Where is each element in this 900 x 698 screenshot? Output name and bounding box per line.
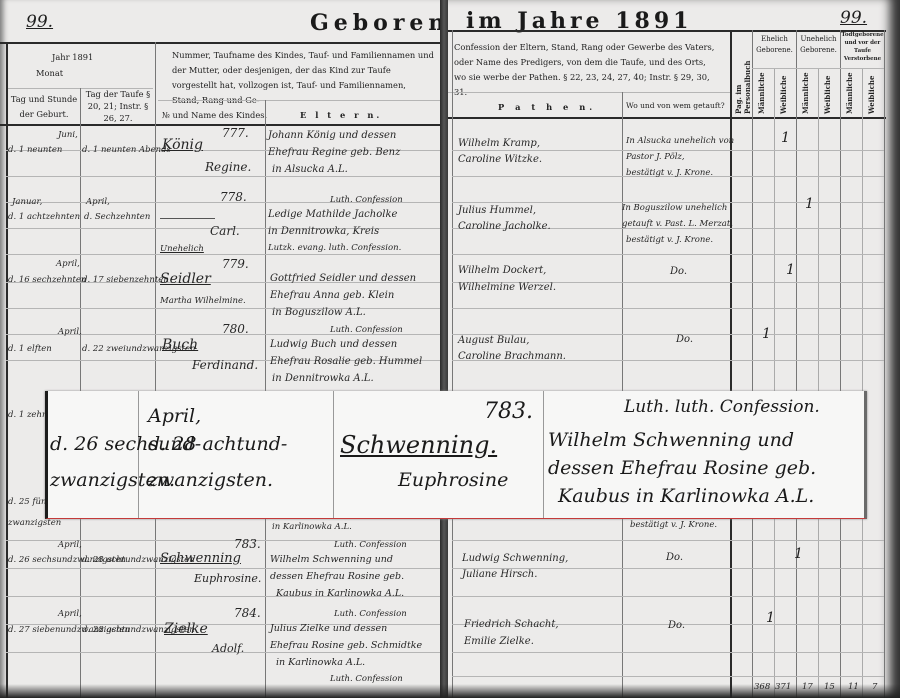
entry-777-parents-1: Johann König und dessen [268, 128, 396, 143]
entry-783-confession: Luth. Confession [334, 538, 407, 553]
entry-779-parents-1: Gottfried Seidler und dessen [270, 271, 416, 286]
header-parents: E l t e r n. [300, 108, 382, 123]
year-header: Jahr 1891 [52, 50, 93, 65]
header-pag: Pag. im Personalbuch [734, 36, 752, 114]
entry-777-birth: d. 1 neunten [8, 143, 62, 158]
entry-783-number: 783. [234, 537, 261, 552]
entry-777-parents-3: in Alsucka A.L. [272, 162, 348, 177]
entry-784-godparent-2: Emilie Zielke. [464, 634, 534, 649]
entry-779-baptism: d. 17 siebenzehnten [82, 273, 169, 288]
entry-783-parents-3: Kaubus in Karlinowka A.L. [276, 586, 404, 601]
header-stillborn: Todtgeborene und vor der Taufe Verstorbe… [841, 31, 884, 63]
entry-780-tally: 1 [762, 326, 771, 342]
header-child-description: Nummer, Taufname des Kindes, Tauf- und F… [172, 48, 434, 108]
entry-778-godparent-1: Julius Hummel, [458, 203, 536, 218]
partial-parents-above-783: in Karlinowka A.L. [272, 520, 352, 535]
header-birth: Tag und Stunde der Geburt. [8, 92, 80, 122]
page-number-right: 99. [840, 8, 867, 28]
entry-777-godparent-2: Caroline Witzke. [458, 152, 542, 167]
entry-780-godparent-2: Caroline Brachmann. [458, 349, 566, 364]
entry-779-godparent-2: Wilhelmine Werzel. [458, 280, 556, 295]
entry-780-confession: Luth. Confession [330, 323, 403, 338]
page-number-left: 99. [26, 12, 53, 32]
overlay-parents-line-3: Kaubus in Karlinowka A.L. [558, 485, 814, 507]
entry-777-baptism: d. 1 neunten Abends [82, 143, 171, 158]
entry-779-number: 779. [222, 257, 249, 272]
entry-779-parents-3: in Boguszilow A.L. [272, 305, 366, 320]
header-number-name: № und Name des Kindes. [162, 108, 267, 123]
entry-783-month: April, [58, 538, 82, 553]
overlay-confession: Luth. luth. Confession. [624, 397, 820, 417]
entry-778-baptized-1: In Boguszilow unehelich [622, 201, 727, 216]
entry-777-month: Juni, [58, 128, 78, 143]
entry-784-number: 784. [234, 606, 261, 621]
overlay-baptism-line-2: zwanzigsten. [148, 469, 273, 491]
entry-778-confession: Luth. Confession [330, 193, 403, 208]
right-page: im Jahre 1891 99. Confession der Eltern,… [448, 0, 900, 698]
entry-784-month: April, [58, 607, 82, 622]
entry-783-godparent-2: Juliane Hirsch. [462, 567, 537, 582]
entry-778-parents-3: Lutzk. evang. luth. Confession. [268, 241, 401, 256]
month-label: Monat [36, 66, 63, 81]
entry-784-given: Adolf. [212, 641, 244, 656]
entry-783-parents-1: Wilhelm Schwenning und [270, 552, 393, 567]
entry-778-month: Januar, [12, 195, 42, 210]
entry-780-godparent-1: August Bulau, [458, 333, 529, 348]
entry-778-baptized-2: getauft v. Past. L. Merzat, [622, 217, 733, 232]
entry-778-parents-2: in Dennitrowka, Kreis [268, 224, 379, 239]
entry-780-given: Ferdinand. [192, 358, 258, 373]
entry-783-godparent-1: Ludwig Schwenning, [462, 551, 568, 566]
header-illegit-female: Weibliche [823, 72, 832, 114]
entry-783-surname: Schwenning [160, 551, 241, 566]
overlay-given: Euphrosine [398, 469, 508, 491]
entry-777-tally: 1 [781, 130, 790, 146]
entry-780-parents-1: Ludwig Buch und dessen [270, 337, 397, 352]
entry-777-baptized-2: Pastor J. Pölz, [626, 150, 685, 165]
entry-779-surname: Seidler [160, 272, 211, 287]
entry-779-month: April, [56, 257, 80, 272]
entry-778-given: Carl. [210, 224, 240, 239]
entry-780-parents-2: Ehefrau Rosalie geb. Hummel [270, 354, 422, 369]
overlay-surname: Schwenning. [340, 431, 497, 459]
entry-777-surname: König [162, 138, 203, 153]
entry-783-given: Euphrosine. [194, 571, 261, 586]
header-illegit-male: Männliche [801, 72, 810, 114]
entry-779-parents-2: Ehefrau Anna geb. Klein [270, 288, 394, 303]
entry-777-baptized-3: bestätigt v. J. Krone. [626, 166, 713, 181]
entry-784-confession: Luth. Confession [334, 607, 407, 622]
entry-783-parents-2: dessen Ehefrau Rosine geb. [270, 569, 404, 584]
entry-780-birth: d. 1 elften [8, 342, 52, 357]
entry-778-baptism: d. Sechzehnten [84, 210, 150, 225]
entry-777-baptized-1: In Alsucka unehelich von [626, 134, 734, 149]
entry-779-tally: 1 [786, 262, 795, 278]
entry-777-godparent-1: Wilhelm Kramp, [458, 136, 540, 151]
entry-784-parents-1: Julius Zielke und dessen [270, 621, 387, 636]
header-illegit: Unehelich Geborene. [797, 34, 840, 56]
header-confession-description: Confession der Eltern, Stand, Rang oder … [454, 40, 716, 100]
entry-784-parents-2: Ehefrau Rosine geb. Schmidtke [270, 638, 422, 653]
overlay-parents-line-1: Wilhelm Schwenning und [548, 429, 794, 451]
entry-784-tally: 1 [766, 610, 775, 626]
entry-778-tally: 1 [805, 196, 814, 212]
entry-784-surname: Zielke [164, 622, 208, 637]
left-page: 99. Geborene Jahr 1891 Monat Tag und Stu… [0, 0, 444, 698]
header-where-baptized: Wo und von wem getauft? [626, 98, 725, 113]
entry-780-baptized: Do. [676, 332, 693, 347]
overlay-number: 783. [484, 399, 533, 424]
entry-778-baptized-3: bestätigt v. J. Krone. [626, 233, 713, 248]
entry-780-number: 780. [222, 322, 249, 337]
entry-778-godparent-2: Caroline Jacholke. [458, 219, 551, 234]
overlay-baptism-line-1: d. 28 achtund- [148, 433, 287, 455]
entry-777-parents-2: Ehefrau Regine geb. Benz [268, 145, 400, 160]
entry-778-parents-1: Ledige Mathilde Jacholke [268, 207, 397, 222]
entry-780-parents-3: in Dennitrowka A.L. [272, 371, 374, 386]
header-stillborn-female: Weibliche [867, 72, 876, 114]
entry-780-month: April, [58, 325, 82, 340]
header-legit-male: Männliche [757, 72, 766, 114]
entry-784-parents-3: in Karlinowka A.L. [276, 655, 365, 670]
entry-777-given: Regine. [205, 160, 251, 175]
page-title-left: Geborene [310, 10, 444, 36]
scan-bottom-shadow [0, 684, 900, 698]
entry-778-number: 778. [220, 190, 247, 205]
partial-baptized-above-783: bestätigt v. J. Krone. [630, 518, 717, 533]
entry-779-godparent-1: Wilhelm Dockert, [458, 263, 546, 278]
header-legit: Ehelich Geborene. [753, 34, 796, 56]
entry-779-birth: d. 16 sechzehnten [8, 273, 86, 288]
entry-780-surname: Buch [162, 338, 198, 353]
overlay-month: April, [148, 405, 201, 427]
entry-784-godparent-1: Friedrich Schacht, [464, 617, 559, 632]
header-baptism: Tag der Taufe § 20, 21; Instr. § 26, 27. [82, 88, 154, 124]
entry-783-baptized: Do. [666, 550, 683, 565]
header-legit-female: Weibliche [779, 72, 788, 114]
entry-779-given: Martha Wilhelmine. [160, 294, 246, 309]
entry-777-number: 777. [222, 126, 249, 141]
entry-784-baptized: Do. [668, 618, 685, 633]
magnified-entry-783-overlay: April, d. 26 sechsund- zwanzigsten. d. 2… [45, 391, 867, 519]
entry-778-baptism-month: April, [86, 195, 110, 210]
header-stillborn-male: Männliche [845, 72, 854, 114]
entry-778-surname: Unehelich [160, 242, 204, 257]
entry-783-tally: 1 [794, 546, 803, 562]
header-godparents: P a t h e n. [498, 100, 596, 115]
entry-779-baptized: Do. [670, 264, 687, 279]
overlay-parents-line-2: dessen Ehefrau Rosine geb. [548, 457, 816, 479]
entry-778-birth: d. 1 achtzehnten [8, 210, 80, 225]
